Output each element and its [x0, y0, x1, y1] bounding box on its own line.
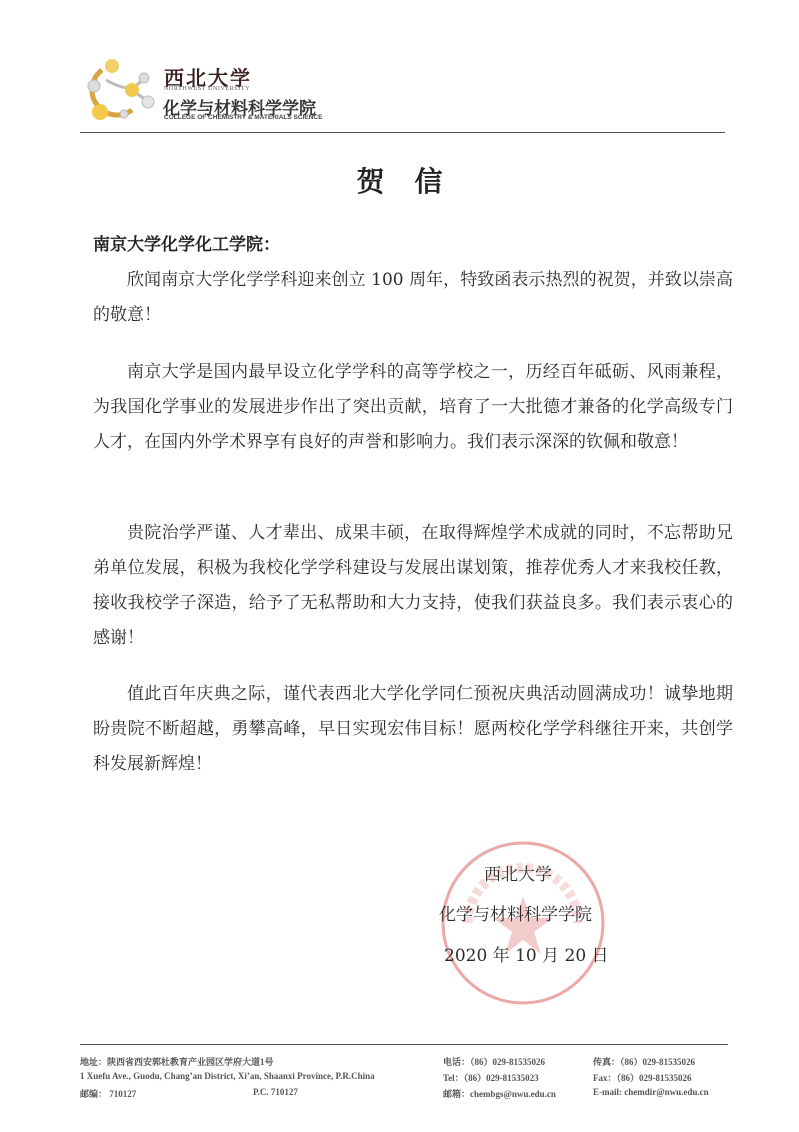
college-name-en: COLLEGE OF CHEMISTRY & MATERIALS SCIENCE	[164, 114, 322, 121]
footer-fax-en: Fax：（86）029-81535026	[593, 1071, 692, 1084]
footer-divider	[80, 1044, 728, 1045]
footer-address-en: 1 Xuefu Ave., Guodu, Chang’an District, …	[80, 1071, 375, 1081]
salutation: 南京大学化学化工学院：	[93, 230, 280, 255]
molecule-logo-icon	[80, 58, 160, 124]
footer-phone: 电话：（86）029-81535026	[443, 1055, 545, 1068]
footer-fax-cn: 传真：（86）029-81535026	[593, 1055, 695, 1068]
letter-title: 贺信	[0, 160, 799, 200]
footer-email-director: E-mail: chemdir@nwu.edu.cn	[593, 1087, 709, 1097]
university-name-en: NORTHWEST UNIVERSITY	[164, 86, 250, 92]
signature-college: 化学与材料科学学院	[439, 900, 592, 925]
paragraph-3: 贵院治学严谨、人才辈出、成果丰硕，在取得辉煌学术成就的同时，不忘帮助兄弟单位发展…	[93, 516, 733, 656]
footer-tel: Tel：（86）029-81535023	[443, 1071, 539, 1084]
paragraph-2: 南京大学是国内最早设立化学学科的高等学校之一，历经百年砥砺、风雨兼程，为我国化学…	[93, 355, 733, 460]
footer-address-cn: 地址：陕西省西安郭杜教育产业园区学府大道1号	[80, 1055, 274, 1068]
footer-email-office: 邮箱：chembgs@nwu.edu.cn	[443, 1087, 556, 1100]
paragraph-4: 值此百年庆典之际，谨代表西北大学化学同仁预祝庆典活动圆满成功！诚挚地期盼贵院不断…	[93, 677, 733, 782]
signature-university: 西北大学	[484, 860, 552, 885]
signature-date: 2020 年 10 月 20 日	[444, 941, 609, 966]
footer-postcode-cn: 邮编： 710127	[80, 1087, 136, 1100]
header-divider	[80, 132, 725, 133]
paragraph-1: 欣闻南京大学化学学科迎来创立 100 周年，特致函表示热烈的祝贺，并致以崇高的敬…	[93, 263, 733, 333]
footer-postcode-en: P.C. 710127	[253, 1087, 298, 1097]
